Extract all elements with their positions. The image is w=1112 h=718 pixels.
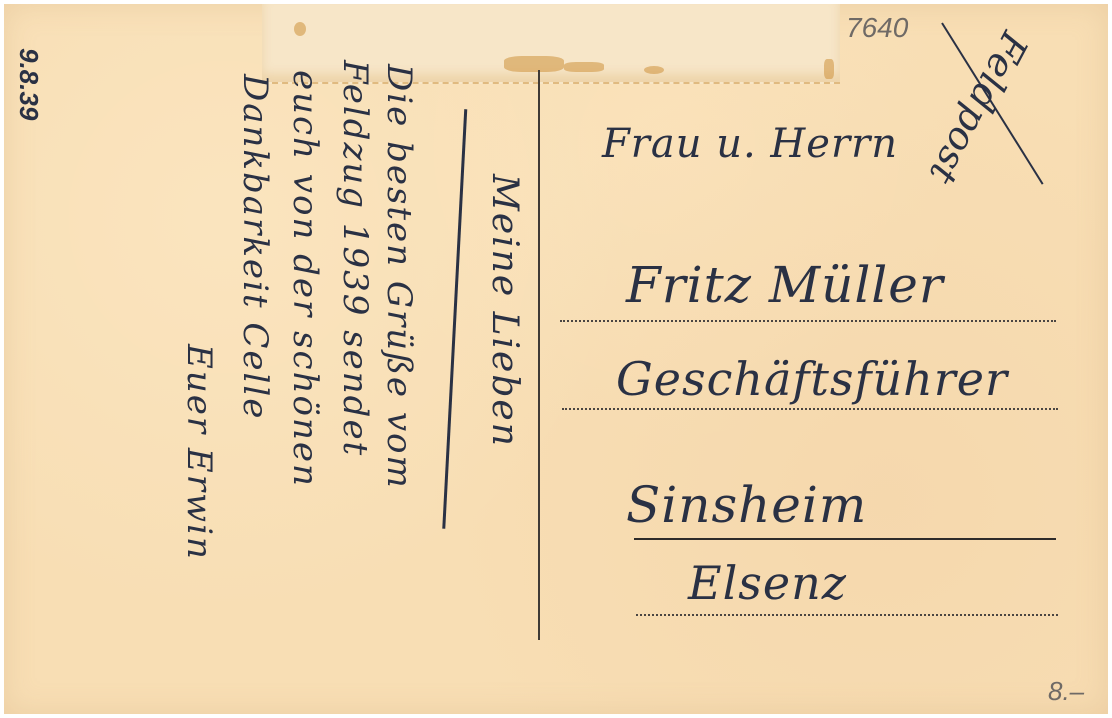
address-line-title: Geschäftsführer [616,356,1008,402]
address-line-region: Elsenz [688,560,847,606]
postcard: 9.8.39 7640 8.– Meine Lieben Die besten … [4,4,1108,714]
message-line: euch von der schönen [288,70,322,488]
address-dotted-line-1 [560,320,1056,322]
address-dotted-line-3 [636,614,1058,616]
message-signature: Euer Erwin [182,344,216,561]
stain [824,59,834,79]
stain [294,22,306,36]
message-line: Die besten Grüße vom [382,64,416,490]
address-line-city: Sinsheim [626,480,867,530]
catalog-number: 7640 [846,12,908,44]
center-divider [538,70,540,640]
message-line: Feldzug 1939 sendet [338,60,372,457]
stain [644,66,664,74]
heading-underline [443,109,467,529]
stain [564,62,604,72]
feldpost-note: Feldpost [923,26,1034,190]
address-city-underline [634,538,1056,540]
message-line: Dankbarkeit Celle [238,74,272,420]
price-annotation: 8.– [1048,676,1084,707]
address-line-salutation: Frau u. Herrn [602,124,898,164]
stain [504,56,564,72]
address-line-name: Fritz Müller [626,260,944,310]
message-heading: Meine Lieben [486,174,522,448]
date-annotation: 9.8.39 [13,48,44,120]
address-dotted-line-2 [562,408,1058,410]
